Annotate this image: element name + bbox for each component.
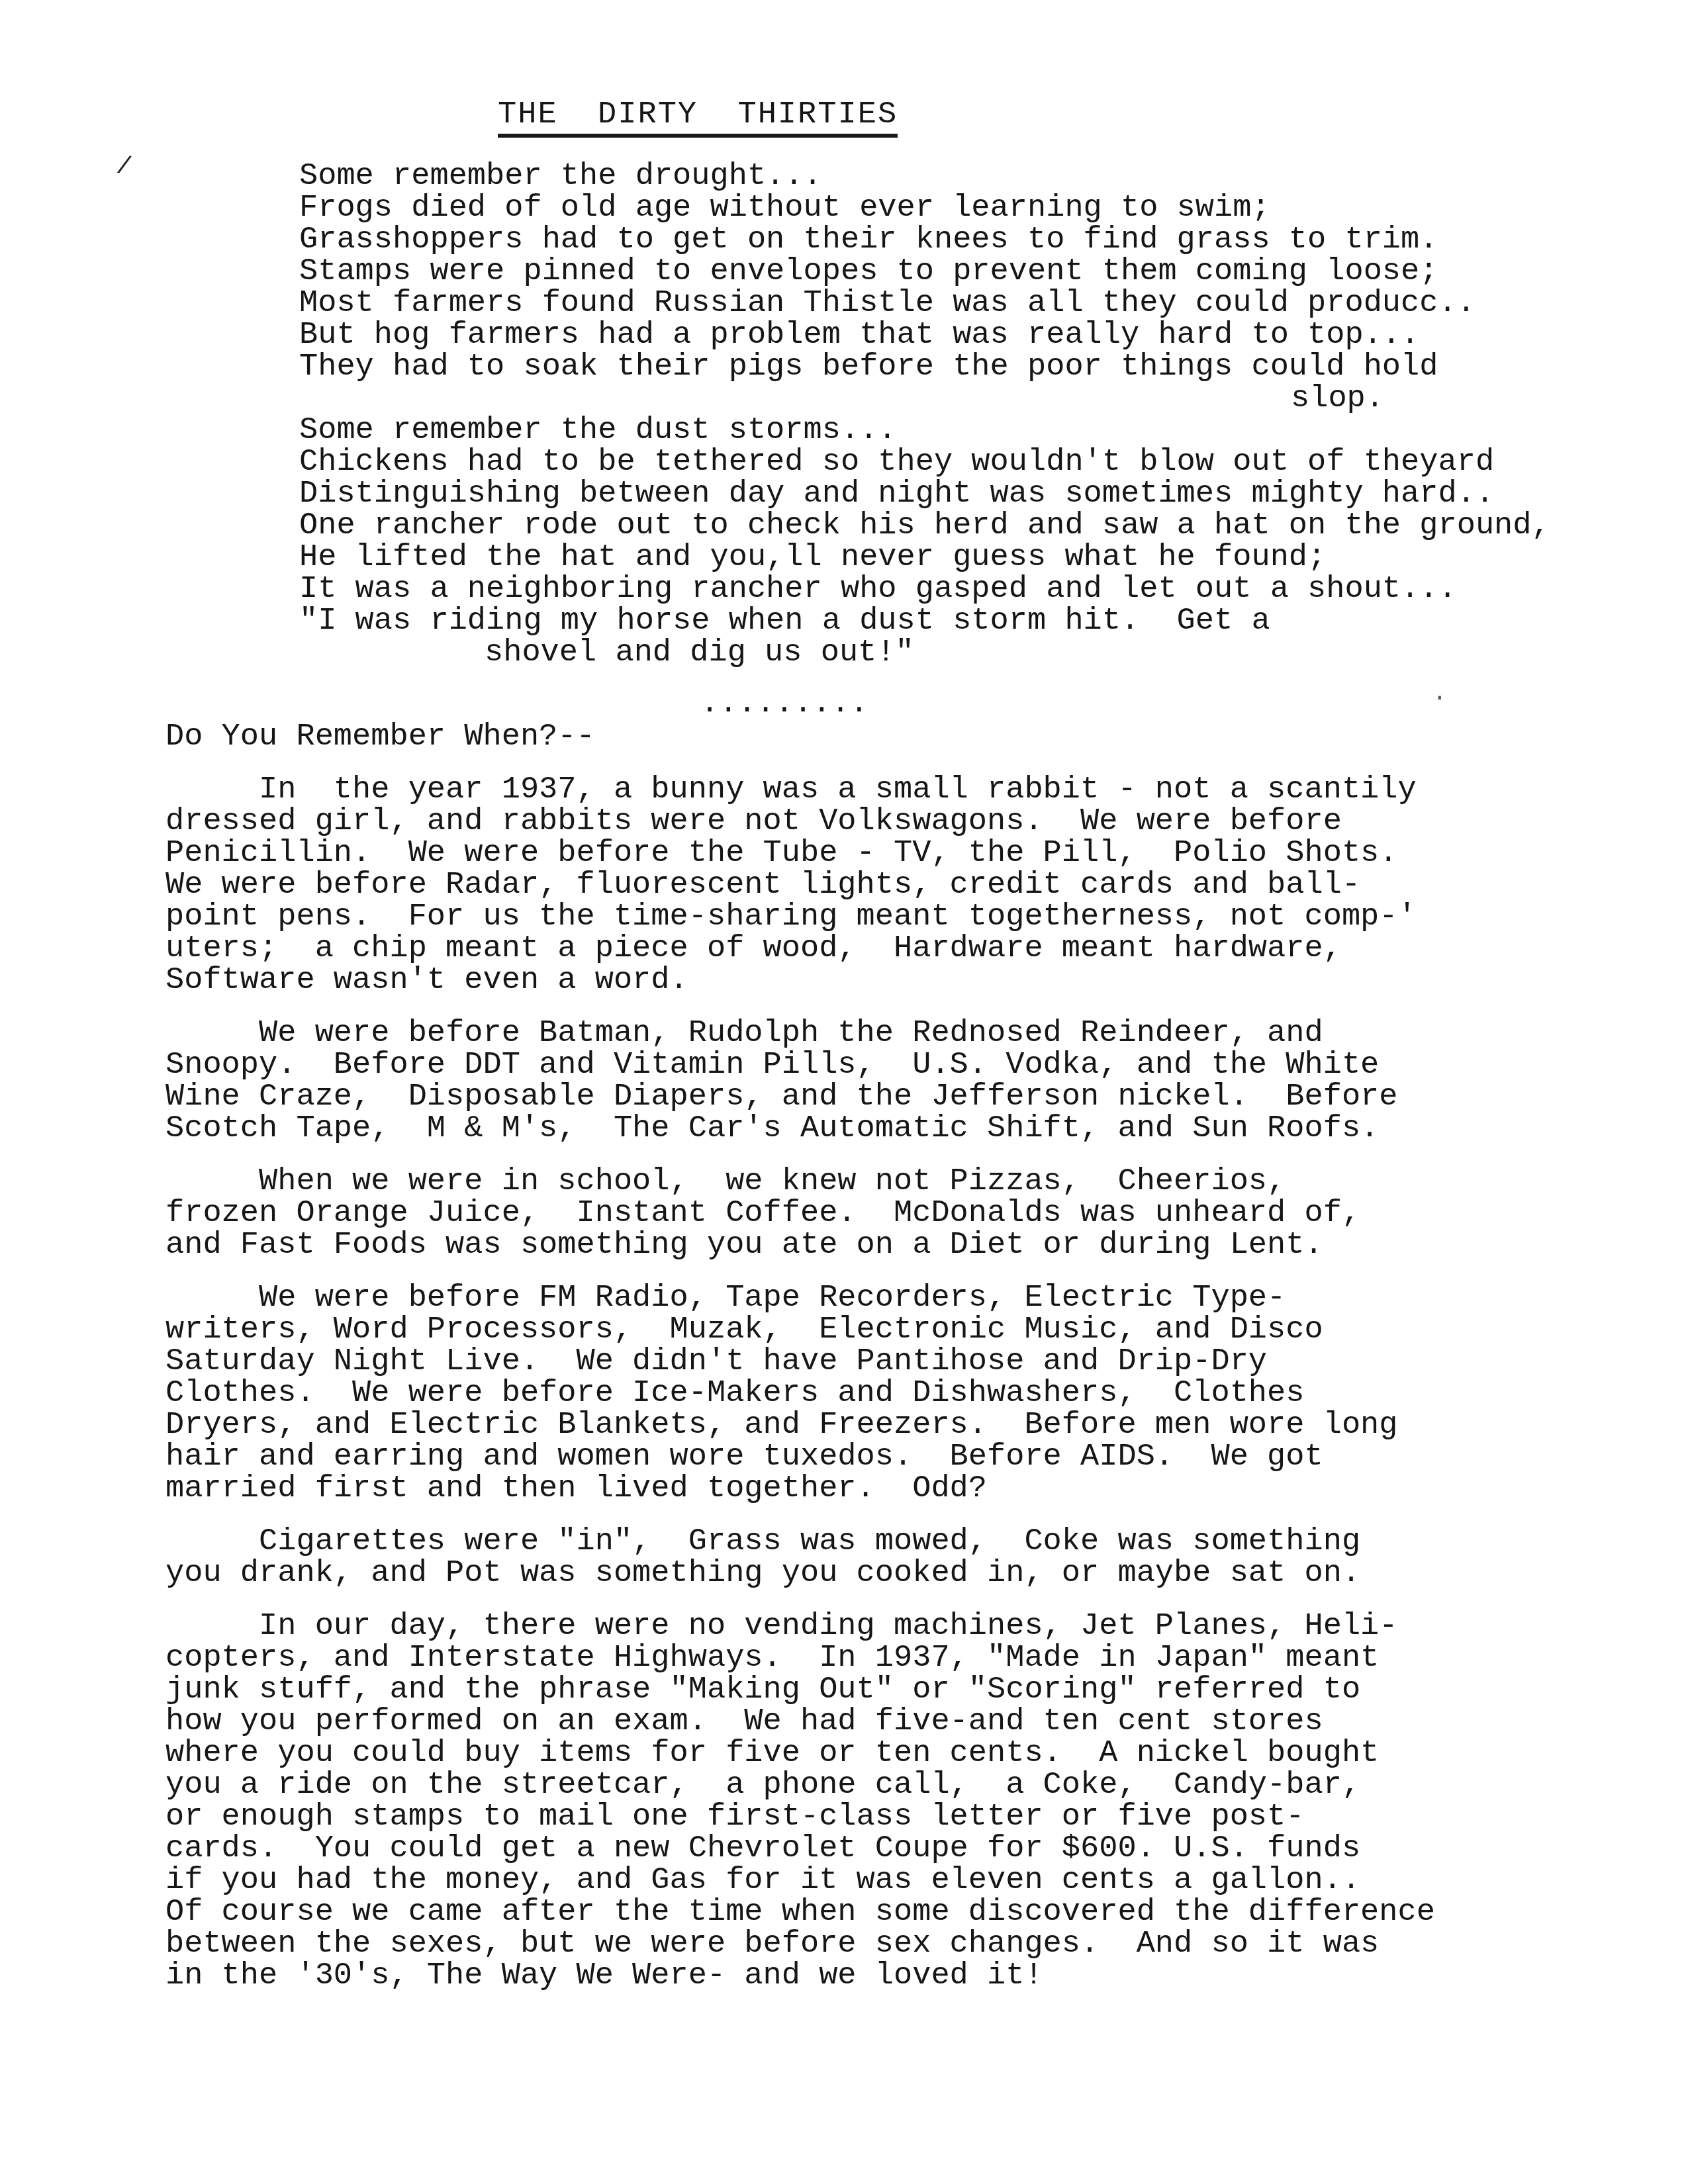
text-line: hair and earring and women wore tuxedos.… (165, 1441, 1435, 1473)
text-line: and Fast Foods was something you ate on … (165, 1230, 1435, 1261)
paragraph-our-day: In our day, there were no vending machin… (165, 1611, 1435, 1992)
text-line: married first and then lived together. O… (165, 1473, 1435, 1505)
section-heading: Do You Remember When?-- (165, 721, 1435, 753)
paragraph-before-batman: We were before Batman, Rudolph the Redno… (165, 1018, 1435, 1145)
body-text-block: Do You Remember When?-- In the year 1937… (165, 721, 1435, 1992)
text-line: Chickens had to be tethered so they woul… (299, 447, 1550, 478)
text-line: He lifted the hat and you,ll never guess… (299, 542, 1550, 574)
text-line: They had to soak their pigs before the p… (299, 351, 1550, 383)
text-line: Some remember the drought... (299, 161, 1550, 193)
text-line: In the year 1937, a bunny was a small ra… (165, 774, 1435, 806)
text-line: "I was riding my horse when a dust storm… (299, 606, 1550, 637)
poem-block: Some remember the drought...Frogs died o… (299, 161, 1550, 669)
poem-stanza-dust-storms: Some remember the dust storms...Chickens… (299, 415, 1550, 637)
text-line: uters; a chip meant a piece of wood, Har… (165, 933, 1435, 965)
text-line: But hog farmers had a problem that was r… (299, 320, 1550, 351)
paragraph-fm-radio: We were before FM Radio, Tape Recorders,… (165, 1283, 1435, 1505)
text-line: or enough stamps to mail one first-class… (165, 1801, 1435, 1833)
text-line: Snoopy. Before DDT and Vitamin Pills, U.… (165, 1050, 1435, 1081)
paragraph-cigarettes: Cigarettes were "in", Grass was mowed, C… (165, 1526, 1435, 1590)
text-line: Some remember the dust storms... (299, 415, 1550, 447)
text-line: dressed girl, and rabbits were not Volks… (165, 806, 1435, 838)
text-line: Cigarettes were "in", Grass was mowed, C… (165, 1526, 1435, 1558)
stray-dot-mark: . (1432, 682, 1447, 705)
text-line: Stamps were pinned to envelopes to preve… (299, 256, 1550, 288)
text-line: In our day, there were no vending machin… (165, 1611, 1435, 1643)
text-line: Scotch Tape, M & M's, The Car's Automati… (165, 1113, 1435, 1145)
text-line: Saturday Night Live. We didn't have Pant… (165, 1346, 1435, 1378)
text-line: how you performed on an exam. We had fiv… (165, 1706, 1435, 1738)
text-line: Dryers, and Electric Blankets, and Freez… (165, 1410, 1435, 1441)
text-line: Frogs died of old age without ever learn… (299, 193, 1550, 224)
text-line: cards. You could get a new Chevrolet Cou… (165, 1833, 1435, 1865)
text-line: between the sexes, but we were before se… (165, 1929, 1435, 1960)
text-line: We were before Batman, Rudolph the Redno… (165, 1018, 1435, 1050)
text-line: in the '30's, The Way We Were- and we lo… (165, 1960, 1435, 1992)
text-line: Software wasn't even a word. (165, 965, 1435, 997)
text-line: Clothes. We were before Ice-Makers and D… (165, 1378, 1435, 1410)
text-line: We were before FM Radio, Tape Recorders,… (165, 1283, 1435, 1314)
text-line: Penicillin. We were before the Tube - TV… (165, 838, 1435, 870)
text-line: point pens. For us the time-sharing mean… (165, 901, 1435, 933)
text-line: Of course we came after the time when so… (165, 1897, 1435, 1929)
text-line: copters, and Interstate Highways. In 193… (165, 1643, 1435, 1674)
text-line: One rancher rode out to check his herd a… (299, 510, 1550, 542)
text-line: junk stuff, and the phrase "Making Out" … (165, 1674, 1435, 1706)
text-line: writers, Word Processors, Muzak, Electro… (165, 1314, 1435, 1346)
section-divider-dots: ......... (700, 688, 868, 720)
poem-line-shovel: shovel and dig us out!" (299, 637, 1550, 669)
text-line: Wine Craze, Disposable Diapers, and the … (165, 1081, 1435, 1113)
text-line: Most farmers found Russian Thistle was a… (299, 288, 1550, 320)
text-line: you a ride on the streetcar, a phone cal… (165, 1770, 1435, 1801)
text-line: It was a neighboring rancher who gasped … (299, 574, 1550, 606)
text-line: if you had the money, and Gas for it was… (165, 1865, 1435, 1897)
text-line: frozen Orange Juice, Instant Coffee. McD… (165, 1198, 1435, 1230)
poem-stanza-drought: Some remember the drought...Frogs died o… (299, 161, 1550, 383)
paragraph-school: When we were in school, we knew not Pizz… (165, 1166, 1435, 1261)
stray-slash-mark: / (115, 154, 133, 181)
text-line: When we were in school, we knew not Pizz… (165, 1166, 1435, 1198)
text-line: you drank, and Pot was something you coo… (165, 1558, 1435, 1590)
text-line: where you could buy items for five or te… (165, 1738, 1435, 1770)
text-line: Grasshoppers had to get on their knees t… (299, 224, 1550, 256)
text-line: Distinguishing between day and night was… (299, 478, 1550, 510)
page-title: THE DIRTY THIRTIES (498, 99, 898, 138)
poem-line-slop: slop. (299, 383, 1550, 415)
paragraph-1937: In the year 1937, a bunny was a small ra… (165, 774, 1435, 997)
text-line: We were before Radar, fluorescent lights… (165, 870, 1435, 901)
